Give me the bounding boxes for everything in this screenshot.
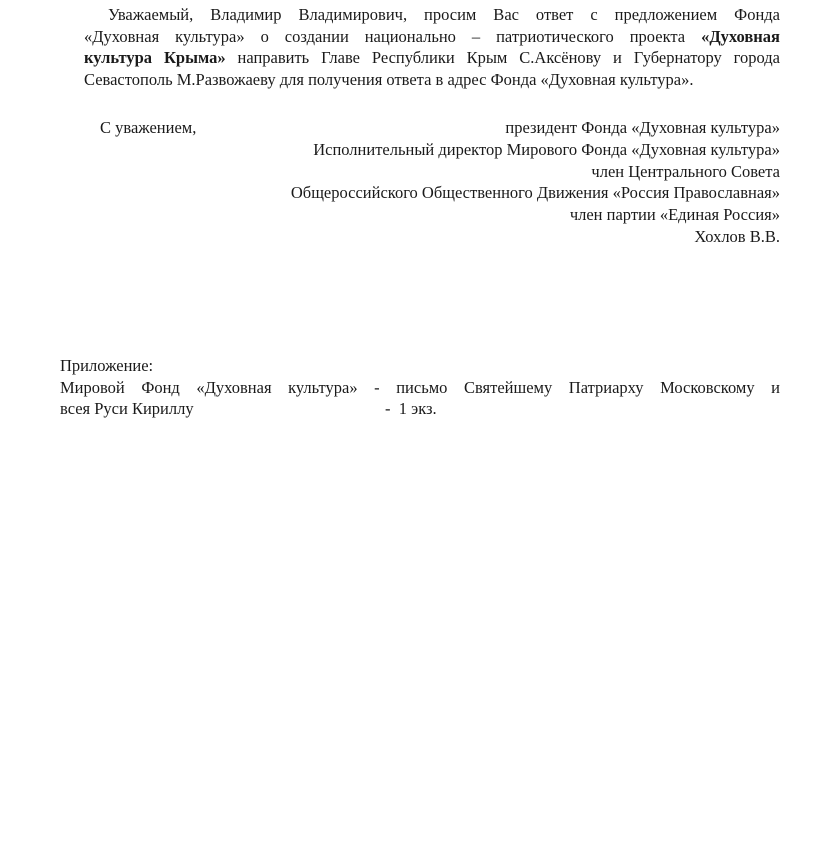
document-page: Уважаемый, Владимир Владимирович, просим…: [0, 0, 830, 850]
signature-line-1: С уважением, президент Фонда «Духовная к…: [60, 117, 780, 139]
signer-name: Хохлов В.В.: [694, 226, 780, 248]
body-line-1-text: Уважаемый, Владимир Владимирович, просим…: [108, 5, 780, 24]
signer-title-party-member: член партии «Единая Россия»: [570, 204, 780, 226]
body-line-3: культура Крыма» направить Главе Республи…: [60, 47, 780, 69]
appendix-item-line-2: всея Руси Кириллу - 1 экз.: [60, 398, 780, 420]
appendix-item-line-1: Мировой Фонд «Духовная культура» - письм…: [60, 377, 780, 399]
signature-line-3: член Центрального Совета: [60, 161, 780, 183]
signer-title-movement: Общероссийского Общественного Движения «…: [291, 182, 780, 204]
signer-title-council-member: член Центрального Совета: [591, 161, 780, 183]
project-name-bold-end: культура Крыма»: [84, 48, 226, 67]
signature-line-5: член партии «Единая Россия»: [60, 204, 780, 226]
signature-line-2: Исполнительный директор Мирового Фонда «…: [60, 139, 780, 161]
body-line-4-text: Севастополь М.Развожаеву для получения о…: [84, 70, 693, 89]
body-line-1: Уважаемый, Владимир Владимирович, просим…: [60, 4, 780, 26]
body-line-2: «Духовная культура» о создании националь…: [60, 26, 780, 48]
signature-block: С уважением, президент Фонда «Духовная к…: [60, 117, 780, 248]
body-line-2-text: «Духовная культура» о создании националь…: [84, 27, 701, 46]
signer-title-president: президент Фонда «Духовная культура»: [505, 117, 780, 139]
appendix-block: Приложение: Мировой Фонд «Духовная культ…: [60, 355, 780, 420]
project-name-bold-start: «Духовная: [701, 27, 780, 46]
closing-salutation: С уважением,: [100, 117, 196, 139]
appendix-item-quantity: - 1 экз.: [385, 398, 437, 420]
appendix-heading: Приложение:: [60, 355, 780, 377]
signer-title-executive-director: Исполнительный директор Мирового Фонда «…: [313, 139, 780, 161]
signature-line-4: Общероссийского Общественного Движения «…: [60, 182, 780, 204]
signature-line-6: Хохлов В.В.: [60, 226, 780, 248]
body-line-3-text: направить Главе Республики Крым С.Аксёно…: [226, 48, 780, 67]
letter-body: Уважаемый, Владимир Владимирович, просим…: [60, 4, 780, 90]
body-line-4: Севастополь М.Развожаеву для получения о…: [60, 69, 780, 91]
appendix-item-recipient: всея Руси Кириллу: [60, 398, 194, 420]
